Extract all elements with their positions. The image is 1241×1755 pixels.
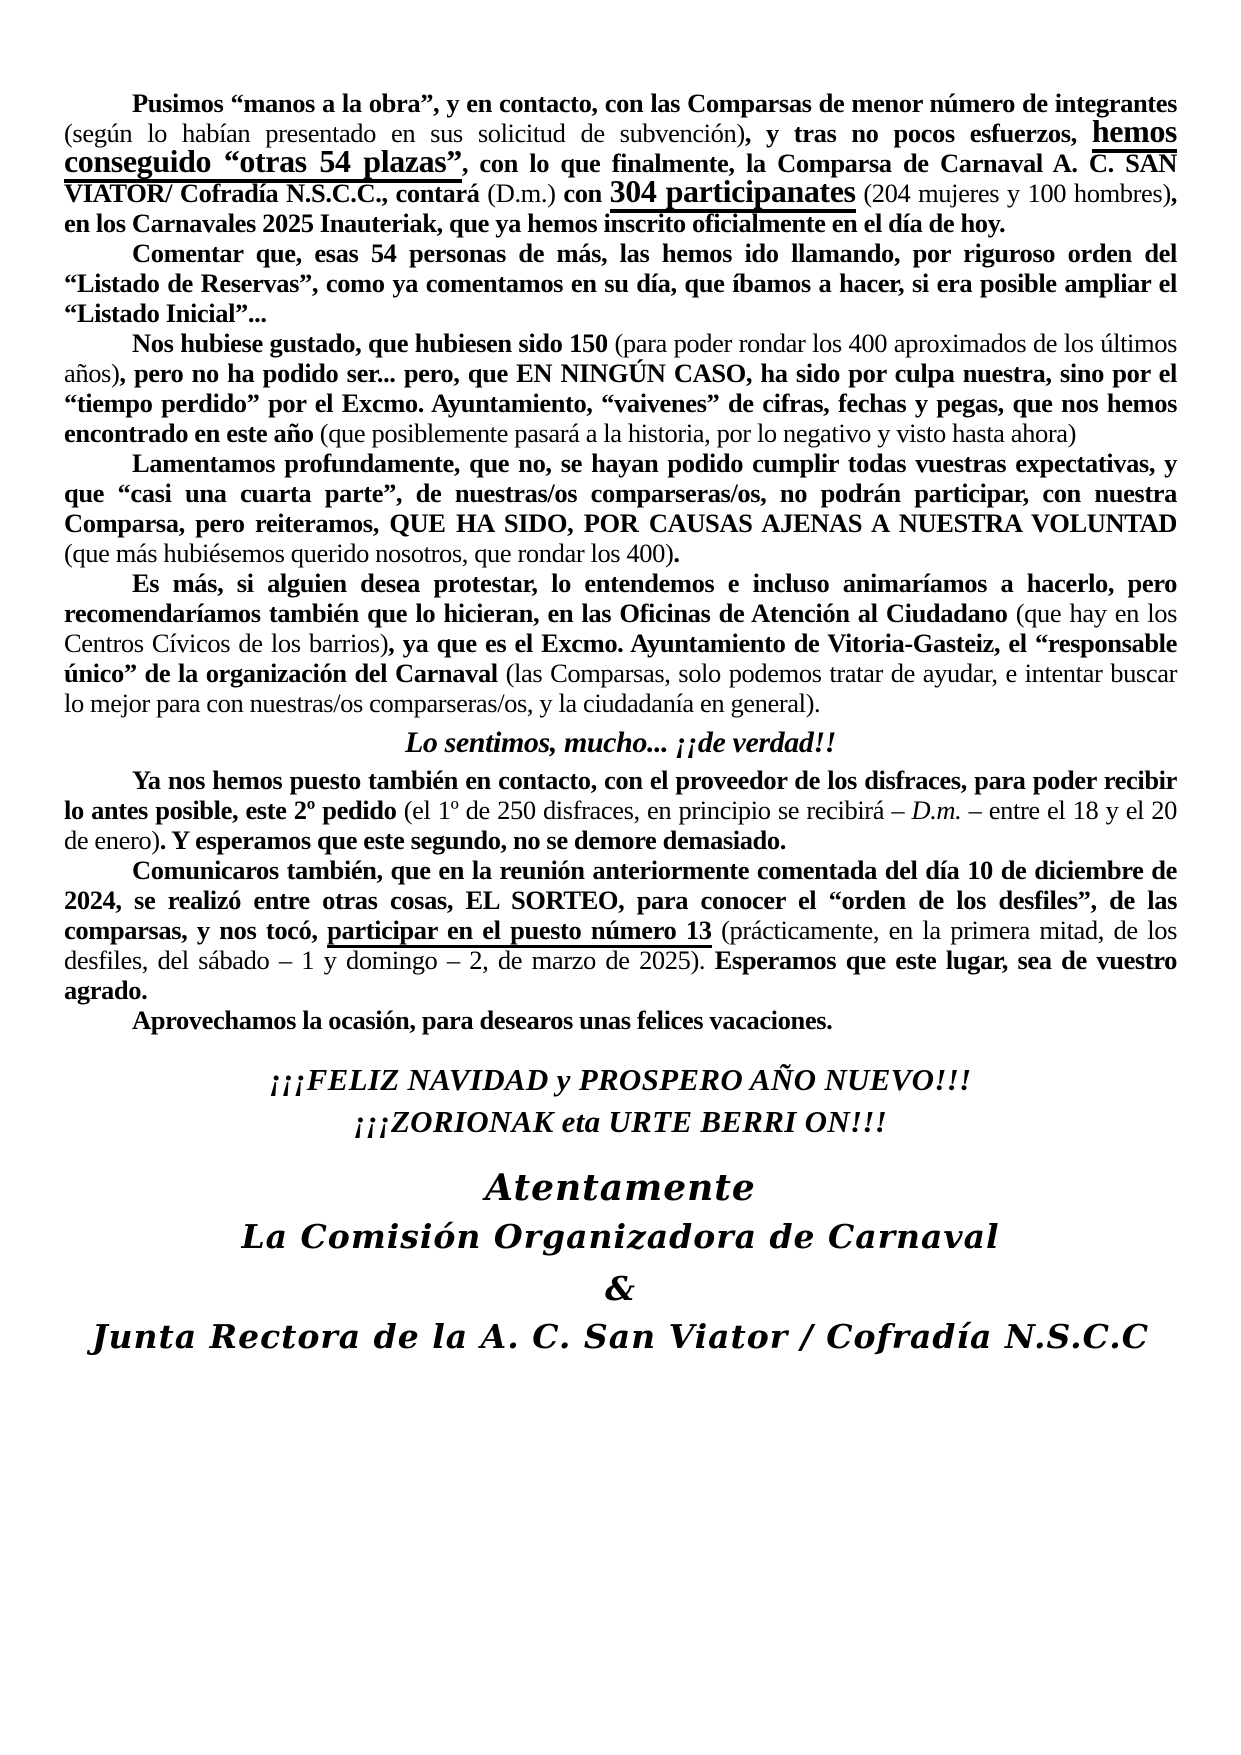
text-run: La Comisión Organizadora de Carnaval: [241, 1217, 999, 1256]
text-run: participar en el puesto número 13: [327, 915, 711, 948]
text-run: ¡¡¡FELIZ NAVIDAD y PROSPERO AÑO NUEVO!!!: [270, 1062, 972, 1097]
text-run: D.m.: [911, 795, 961, 825]
paragraph-150: Nos hubiese gustado, que hubiesen sido 1…: [64, 328, 1177, 448]
document-body: Pusimos “manos a la obra”, y en contacto…: [64, 88, 1177, 1359]
paragraph-lamentamos: Lamentamos profundamente, que no, se hay…: [64, 448, 1177, 568]
text-run: Aprovechamos la ocasión, para desearos u…: [132, 1005, 832, 1035]
text-run: 304 participanates: [610, 173, 856, 213]
text-run: .: [673, 538, 679, 568]
heading-zorionak: ¡¡¡ZORIONAK eta URTE BERRI ON!!!: [64, 1101, 1177, 1143]
signature-comision: La Comisión Organizadora de Carnaval: [64, 1215, 1177, 1259]
text-run: &: [605, 1269, 636, 1308]
paragraph-reservas: Comentar que, esas 54 personas de más, l…: [64, 238, 1177, 328]
document-page: Pusimos “manos a la obra”, y en contacto…: [0, 0, 1241, 1755]
paragraph-vacaciones: Aprovechamos la ocasión, para desearos u…: [64, 1005, 1177, 1035]
line-lo-sentimos: Lo sentimos, mucho... ¡¡de verdad!!: [64, 720, 1177, 765]
paragraph-plazas: Pusimos “manos a la obra”, y en contacto…: [64, 88, 1177, 238]
text-run: (que más hubiésemos querido nosotros, qu…: [64, 538, 673, 568]
text-run: Lamentamos profundamente, que no, se hay…: [64, 448, 1177, 538]
text-run: Comentar que, esas 54 personas de más, l…: [64, 238, 1177, 328]
signature-ampersand: &: [64, 1267, 1177, 1311]
paragraph-protestar: Es más, si alguien desea protestar, lo e…: [64, 568, 1177, 718]
text-run: , y tras no pocos esfuerzos,: [745, 118, 1092, 148]
text-run: (que posiblemente pasará a la historia, …: [320, 418, 1076, 448]
signature-atentamente: Atentamente: [64, 1165, 1177, 1211]
text-run: (204 mujeres y 100 hombres): [856, 178, 1171, 208]
text-run: . Y esperamos que este segundo, no se de…: [160, 825, 786, 855]
text-run: (el 1º de 250 disfraces, en principio se…: [404, 795, 912, 825]
text-run: Nos hubiese gustado, que hubiesen sido 1…: [132, 328, 614, 358]
text-run: Atentamente: [485, 1167, 756, 1209]
heading-feliz-navidad: ¡¡¡FELIZ NAVIDAD y PROSPERO AÑO NUEVO!!!: [64, 1059, 1177, 1101]
text-run: Lo sentimos, mucho... ¡¡de verdad!!: [405, 726, 836, 759]
text-run: (D.m.): [487, 178, 563, 208]
paragraph-disfraces: Ya nos hemos puesto también en contacto,…: [64, 765, 1177, 855]
text-run: Junta Rectora de la A. C. San Viator / C…: [92, 1317, 1149, 1356]
signature-junta: Junta Rectora de la A. C. San Viator / C…: [64, 1315, 1177, 1359]
paragraph-sorteo: Comunicaros también, que en la reunión a…: [64, 855, 1177, 1005]
text-run: con: [563, 178, 609, 208]
text-run: ¡¡¡ZORIONAK eta URTE BERRI ON!!!: [354, 1104, 887, 1139]
text-run: Pusimos “manos a la obra”, y en contacto…: [132, 88, 1177, 118]
text-run: Es más, si alguien desea protestar, lo e…: [64, 568, 1177, 628]
